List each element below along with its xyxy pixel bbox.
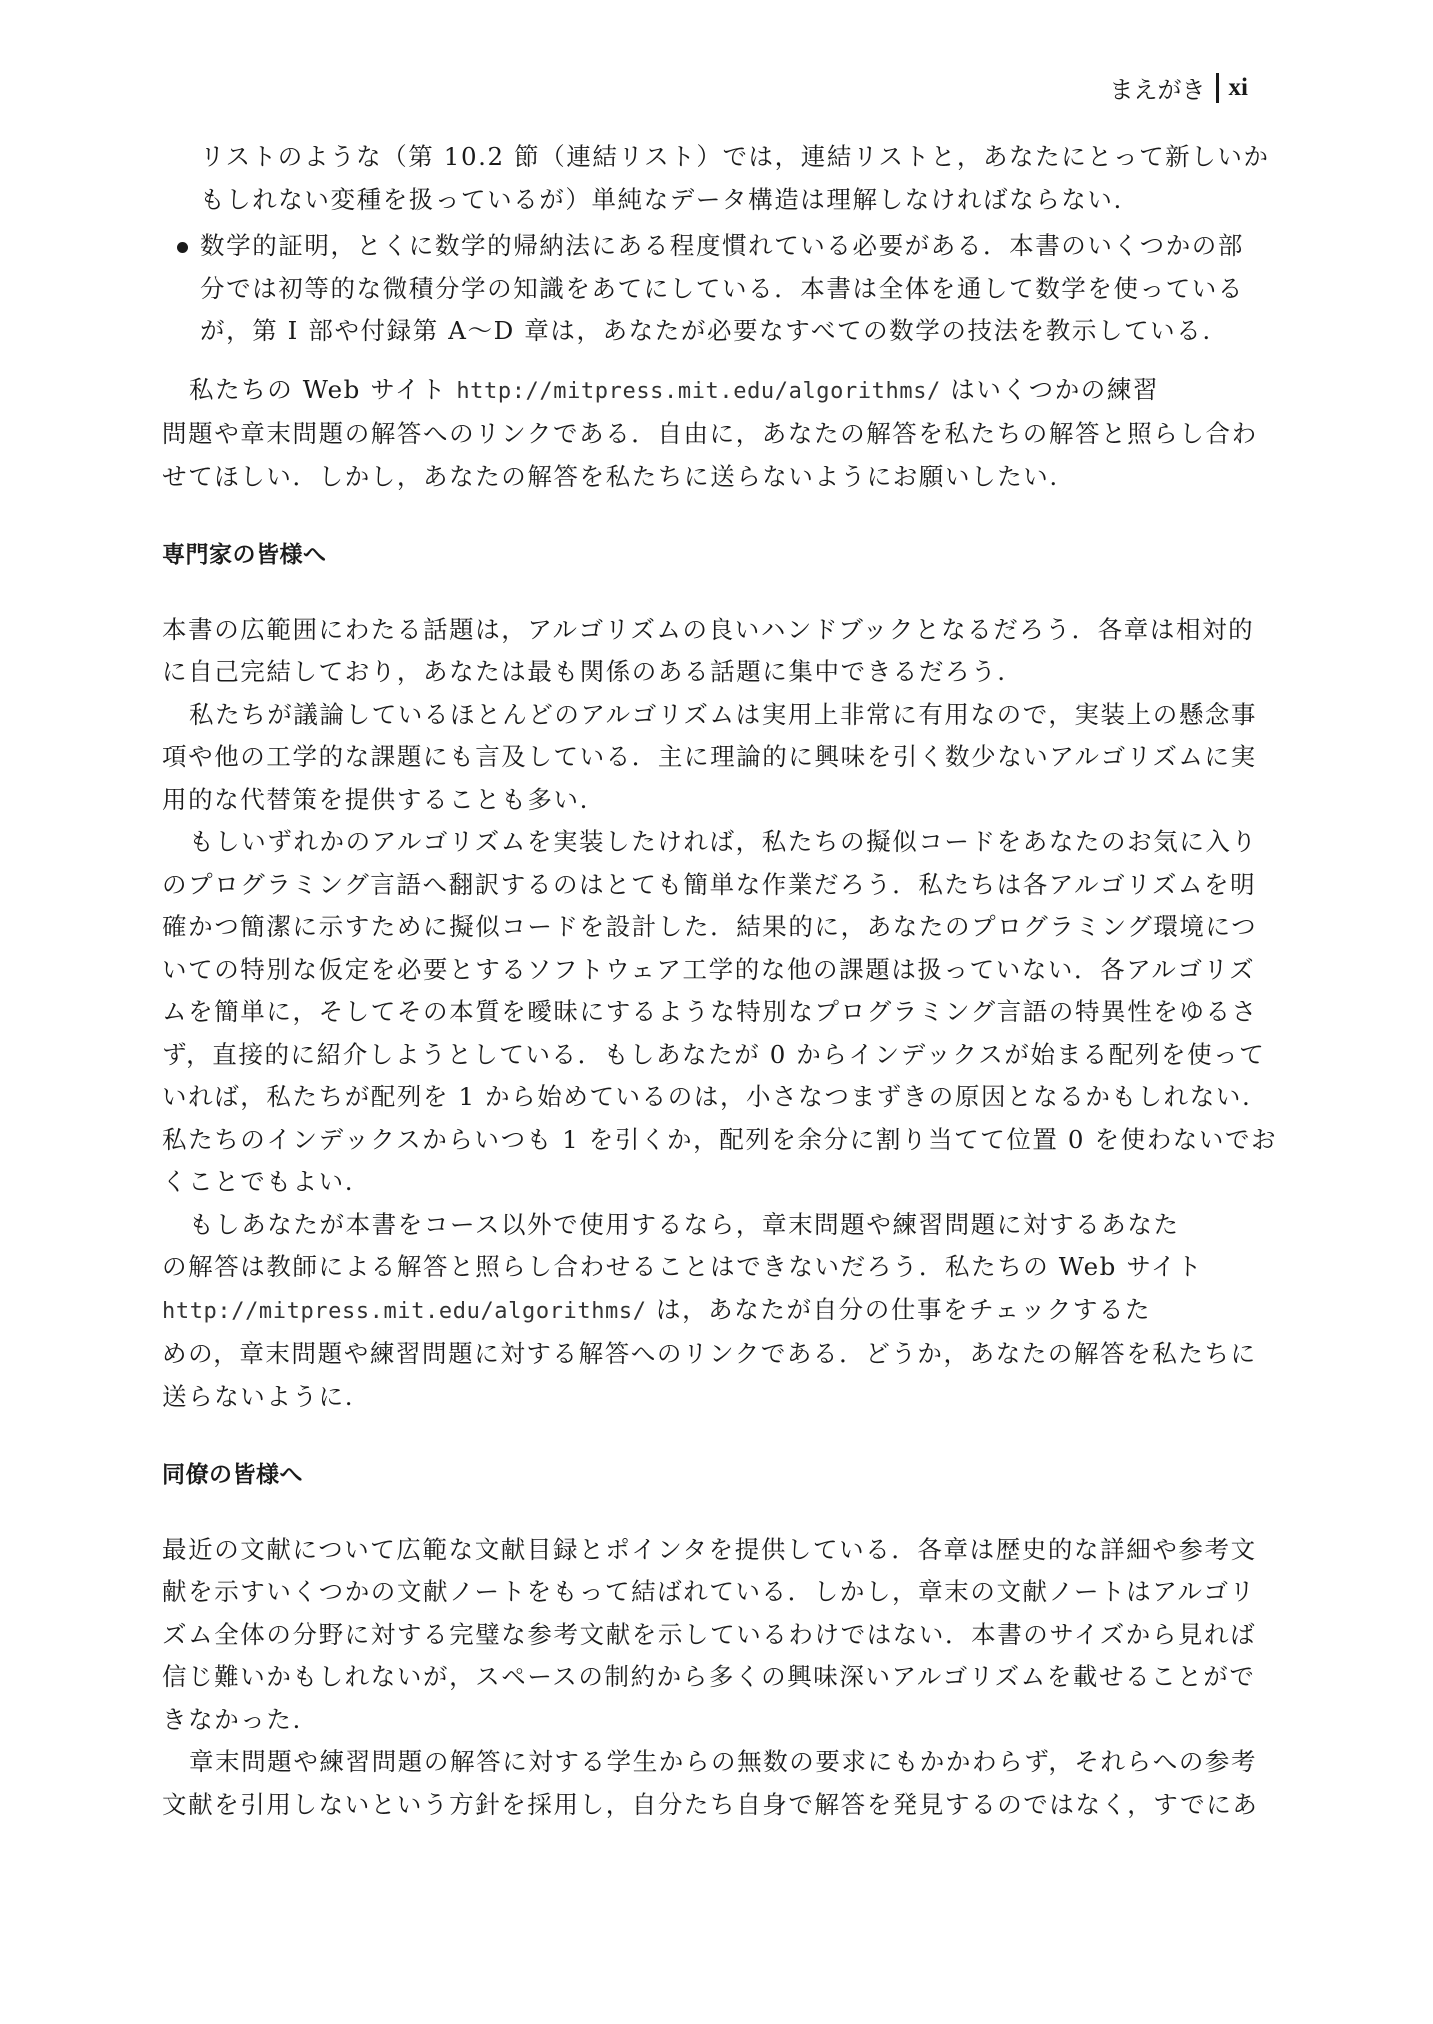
paragraph: 章末問題や練習問題の解答に対する学生からの無数の要求にもかかわらず，それらへの参…: [162, 1741, 1244, 1826]
text-line: 問題や章末問題の解答へのリンクである．自由に，あなたの解答を私たちの解答と照らし…: [162, 413, 1244, 456]
text-line: めの，章末問題や練習問題に対する解答へのリンクである．どうか，あなたの解答を私た…: [162, 1333, 1244, 1376]
text-line: 私たちのインデックスからいつも 1 を引くか，配列を余分に割り当てて位置 0 を…: [162, 1119, 1244, 1162]
prerequisite-list-item: 数学的証明，とくに数学的帰納法にある程度慣れている必要がある．本書のいくつかの部…: [162, 225, 1244, 353]
running-head: まえがき xi: [1110, 70, 1248, 105]
text-line: もしあなたが本書をコース以外で使用するなら，章末問題や練習問題に対するあなた: [162, 1204, 1244, 1247]
text-line: リストのような（第 10.2 節（連結リスト）では，連結リストと，あなたにとって…: [200, 136, 1244, 179]
paragraph: 私たちが議論しているほとんどのアルゴリズムは実用上非常に有用なので，実装上の懸念…: [162, 694, 1244, 822]
text-line: 文献を引用しないという方針を採用し，自分たち自身で解答を発見するのではなく，すで…: [162, 1784, 1244, 1827]
text-line: もしれない変種を扱っているが）単純なデータ構造は理解しなければならない.: [200, 179, 1244, 222]
text-line: ムを簡単に，そしてその本質を曖昧にするような特別なプログラミング言語の特異性をゆ…: [162, 991, 1244, 1034]
page-number: xi: [1229, 74, 1248, 102]
text-line: 数学的証明，とくに数学的帰納法にある程度慣れている必要がある．本書のいくつかの部: [200, 225, 1244, 268]
text-line: が，第 I 部や付録第 A〜D 章は，あなたが必要なすべての数学の技法を教示して…: [200, 310, 1244, 353]
text-line: くことでもよい.: [162, 1161, 1244, 1204]
paragraph: もしいずれかのアルゴリズムを実装したければ，私たちの擬似コードをあなたのお気に入…: [162, 821, 1244, 1204]
text-line: 私たちの Web サイト http://mitpress.mit.edu/alg…: [162, 369, 1244, 414]
text-line: 最近の文献について広範な文献目録とポインタを提供している．各章は歴史的な詳細や参…: [162, 1529, 1244, 1572]
website-url-link[interactable]: http://mitpress.mit.edu/algorithms/: [162, 1299, 647, 1324]
text-line: に自己完結しており，あなたは最も関係のある話題に集中できるだろう.: [162, 651, 1244, 694]
text-line: 信じ難いかもしれないが，スペースの制約から多くの興味深いアルゴリズムを載せること…: [162, 1656, 1244, 1699]
text-line: いての特別な仮定を必要とするソフトウェア工学的な他の課題は扱っていない．各アルゴ…: [162, 949, 1244, 992]
text-line: 章末問題や練習問題の解答に対する学生からの無数の要求にもかかわらず，それらへの参…: [162, 1741, 1244, 1784]
text-fragment: は，あなたが自分の仕事をチェックするた: [647, 1295, 1152, 1324]
self-study-paragraph: もしあなたが本書をコース以外で使用するなら，章末問題や練習問題に対するあなた の…: [162, 1204, 1244, 1419]
text-line: 本書の広範囲にわたる話題は，アルゴリズムの良いハンドブックとなるだろう．各章は相…: [162, 609, 1244, 652]
text-line: ズム全体の分野に対する完璧な参考文献を示しているわけではない．本書のサイズから見…: [162, 1614, 1244, 1657]
text-line: 確かつ簡潔に示すために擬似コードを設計した．結果的に，あなたのプログラミング環境…: [162, 906, 1244, 949]
text-line: きなかった.: [162, 1699, 1244, 1742]
section-heading-professionals: 専門家の皆様へ: [162, 534, 1244, 577]
text-line: もしいずれかのアルゴリズムを実装したければ，私たちの擬似コードをあなたのお気に入…: [162, 821, 1244, 864]
text-line: のプログラミング言語へ翻訳するのはとても簡単な作業だろう．私たちは各アルゴリズム…: [162, 864, 1244, 907]
text-line: 送らないように.: [162, 1376, 1244, 1419]
text-fragment: はいくつかの練習: [941, 375, 1159, 404]
text-fragment: 私たちの Web サイト: [189, 375, 456, 404]
section-heading-colleagues: 同僚の皆様へ: [162, 1454, 1244, 1497]
paragraph: 本書の広範囲にわたる話題は，アルゴリズムの良いハンドブックとなるだろう．各章は相…: [162, 609, 1244, 694]
bullet-icon: [177, 242, 188, 253]
text-line: いれば，私たちが配列を 1 から始めているのは，小さなつまずきの原因となるかもし…: [162, 1076, 1244, 1119]
running-head-section: まえがき: [1110, 70, 1206, 105]
text-line: せてほしい．しかし，あなたの解答を私たちに送らないようにお願いしたい.: [162, 456, 1244, 499]
page-body: リストのような（第 10.2 節（連結リスト）では，連結リストと，あなたにとって…: [162, 136, 1244, 1826]
text-line: http://mitpress.mit.edu/algorithms/ は，あな…: [162, 1289, 1244, 1334]
text-line: 分では初等的な微積分学の知識をあてにしている．本書は全体を通して数学を使っている: [200, 268, 1244, 311]
prerequisite-list-continuation: リストのような（第 10.2 節（連結リスト）では，連結リストと，あなたにとって…: [162, 136, 1244, 221]
text-line: 用的な代替策を提供することも多い.: [162, 779, 1244, 822]
text-line: ず，直接的に紹介しようとしている．もしあなたが 0 からインデックスが始まる配列…: [162, 1034, 1244, 1077]
text-line: 項や他の工学的な課題にも言及している．主に理論的に興味を引く数少ないアルゴリズム…: [162, 736, 1244, 779]
website-paragraph: 私たちの Web サイト http://mitpress.mit.edu/alg…: [162, 369, 1244, 499]
text-line: 献を示すいくつかの文献ノートをもって結ばれている．しかし，章末の文献ノートはアル…: [162, 1571, 1244, 1614]
website-url-link[interactable]: http://mitpress.mit.edu/algorithms/: [456, 379, 941, 404]
text-line: の解答は教師による解答と照らし合わせることはできないだろう．私たちの Web サ…: [162, 1246, 1244, 1289]
running-head-divider: [1216, 73, 1219, 103]
text-line: 私たちが議論しているほとんどのアルゴリズムは実用上非常に有用なので，実装上の懸念…: [162, 694, 1244, 737]
paragraph: 最近の文献について広範な文献目録とポインタを提供している．各章は歴史的な詳細や参…: [162, 1529, 1244, 1742]
